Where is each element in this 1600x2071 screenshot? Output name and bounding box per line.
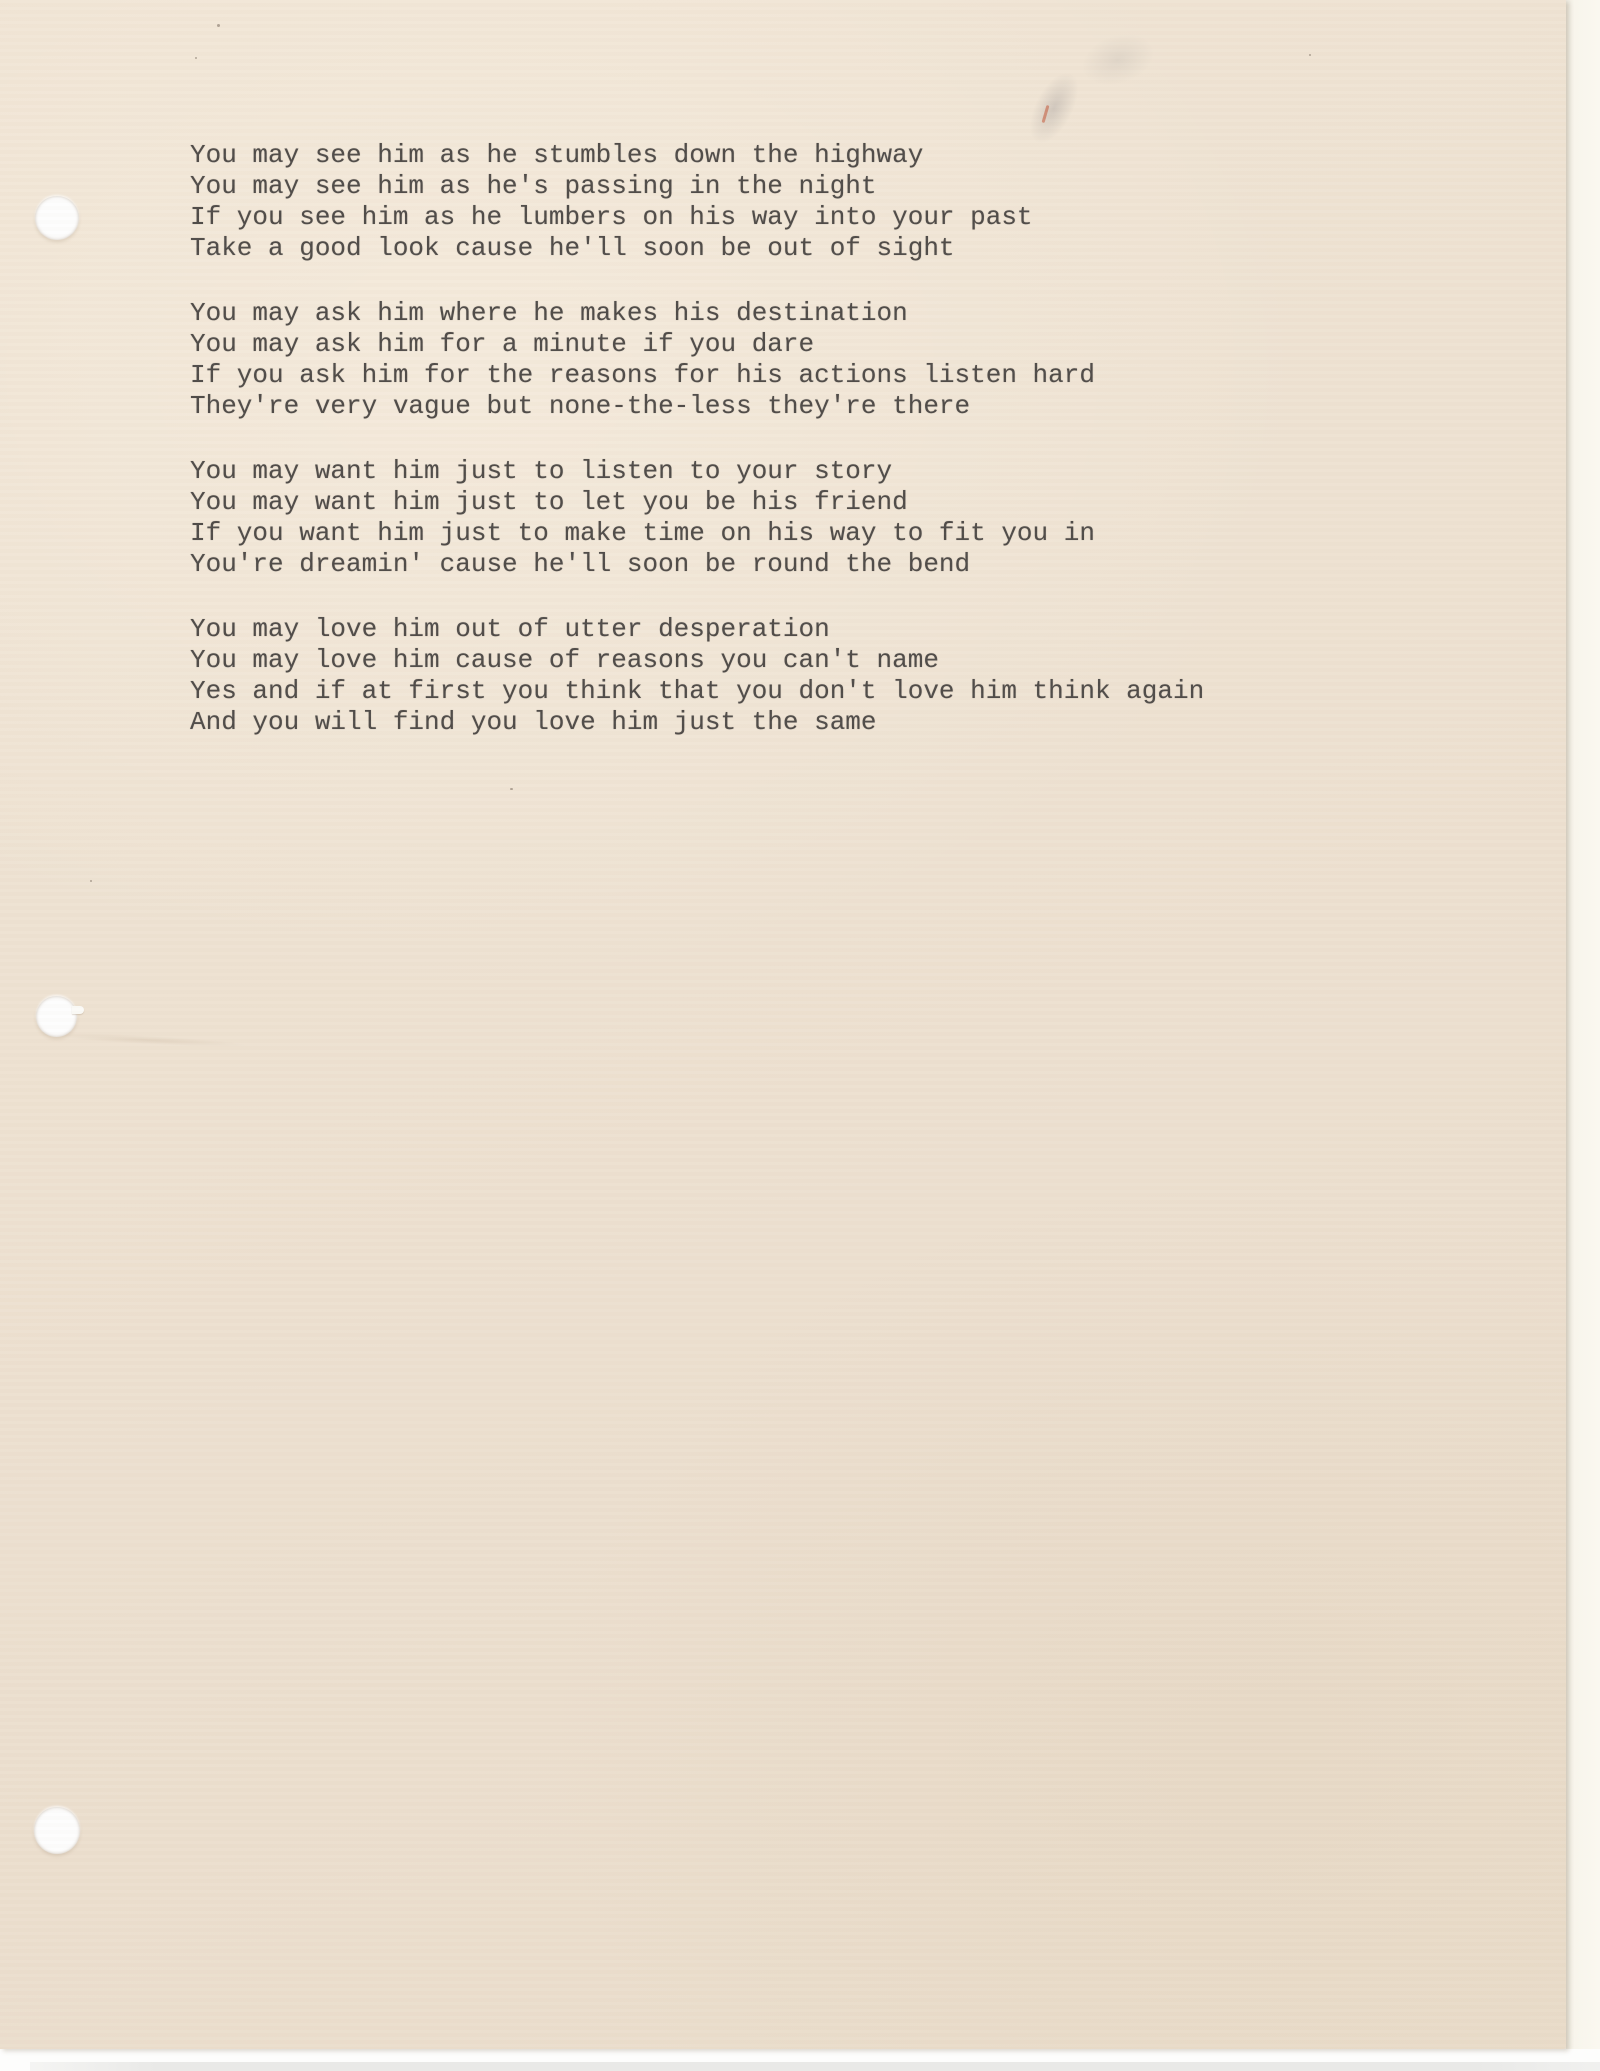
lyric-line: If you want him just to make time on his… — [190, 518, 1204, 549]
scanner-background-right — [1566, 0, 1600, 2071]
lyric-line: You may see him as he's passing in the n… — [190, 171, 1204, 202]
lyric-line: You may see him as he stumbles down the … — [190, 140, 1204, 171]
hole-punch — [34, 1807, 80, 1854]
lyric-line: They're very vague but none-the-less the… — [190, 391, 1204, 422]
hole-punch — [35, 196, 79, 240]
lyric-line: If you see him as he lumbers on his way … — [190, 202, 1204, 233]
lyric-line: You may love him out of utter desperatio… — [190, 614, 1204, 645]
lyric-line: You're dreamin' cause he'll soon be roun… — [190, 549, 1204, 580]
stanza: You may see him as he stumbles down the … — [190, 140, 1204, 264]
paper-speck — [510, 788, 513, 790]
scanned-page: You may see him as he stumbles down the … — [0, 0, 1600, 2071]
hole-punch-tear — [72, 1006, 84, 1014]
paper-speck — [217, 24, 220, 27]
paper-sheet: You may see him as he stumbles down the … — [0, 0, 1566, 2049]
paper-speck — [195, 57, 197, 59]
stanza: You may ask him where he makes his desti… — [190, 298, 1204, 422]
typewritten-lyrics: You may see him as he stumbles down the … — [190, 140, 1204, 738]
stanza: You may love him out of utter desperatio… — [190, 614, 1204, 738]
lyric-line: Yes and if at first you think that you d… — [190, 676, 1204, 707]
lyric-line: You may want him just to listen to your … — [190, 456, 1204, 487]
hole-punch — [36, 996, 77, 1037]
paper-speck — [90, 880, 92, 882]
lyric-line: You may love him cause of reasons you ca… — [190, 645, 1204, 676]
lyric-line: If you ask him for the reasons for his a… — [190, 360, 1204, 391]
lyric-line: You may want him just to let you be his … — [190, 487, 1204, 518]
lyric-line: And you will find you love him just the … — [190, 707, 1204, 738]
lyric-line: Take a good look cause he'll soon be out… — [190, 233, 1204, 264]
lyric-line: You may ask him for a minute if you dare — [190, 329, 1204, 360]
lyric-line: You may ask him where he makes his desti… — [190, 298, 1204, 329]
paper-speck — [1309, 54, 1311, 56]
stanza: You may want him just to listen to your … — [190, 456, 1204, 580]
scan-edge-bar — [30, 2062, 1600, 2071]
pencil-smudge — [1058, 3, 1187, 113]
